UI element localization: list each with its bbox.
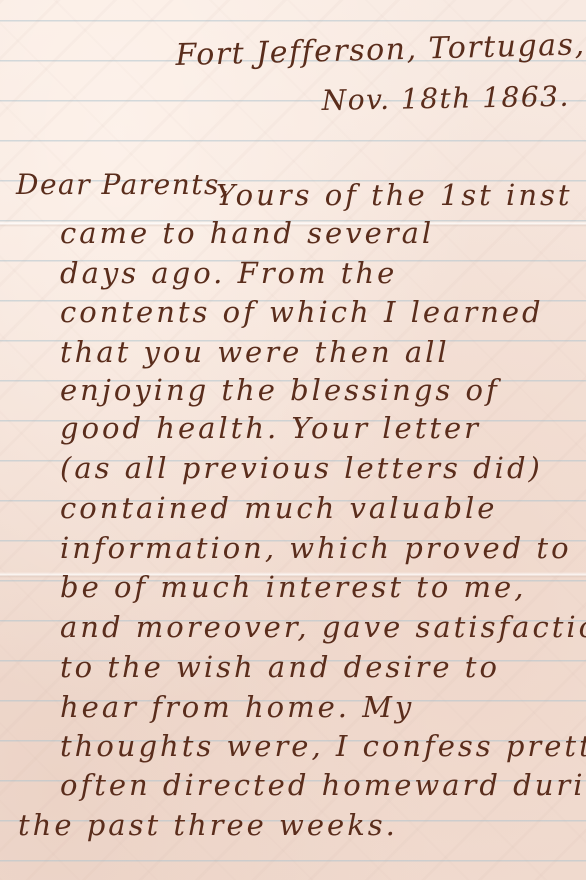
- letter-line: contained much valuable: [60, 491, 497, 525]
- letter-line: often directed homeward during: [60, 768, 586, 802]
- letter-line: thoughts were, I confess pretty: [60, 729, 586, 763]
- letter-heading-date: Nov. 18th 1863.: [321, 80, 570, 117]
- letter-line: and moreover, gave satisfaction: [60, 610, 586, 644]
- letter-salutation: Dear Parents,: [16, 168, 230, 201]
- letter-line: Yours of the 1st inst: [216, 178, 573, 212]
- letter-line: enjoying the blessings of: [60, 373, 500, 407]
- letter-line: information, which proved to: [60, 531, 572, 565]
- letter-line: good health. Your letter: [60, 411, 481, 445]
- letter-line: hear from home. My: [60, 690, 414, 724]
- letter-line: the past three weeks.: [18, 808, 398, 842]
- letter-line: that you were then all: [60, 335, 450, 369]
- letter-line: days ago. From the: [60, 256, 397, 290]
- letter-line: contents of which I learned: [60, 295, 544, 329]
- letter-line: be of much interest to me,: [60, 570, 526, 604]
- letter-line: (as all previous letters did): [60, 451, 543, 485]
- letter-page: Fort Jefferson, Tortugas, Fla. Nov. 18th…: [0, 0, 586, 880]
- letter-line: came to hand several: [60, 216, 434, 250]
- letter-line: to the wish and desire to: [60, 650, 500, 684]
